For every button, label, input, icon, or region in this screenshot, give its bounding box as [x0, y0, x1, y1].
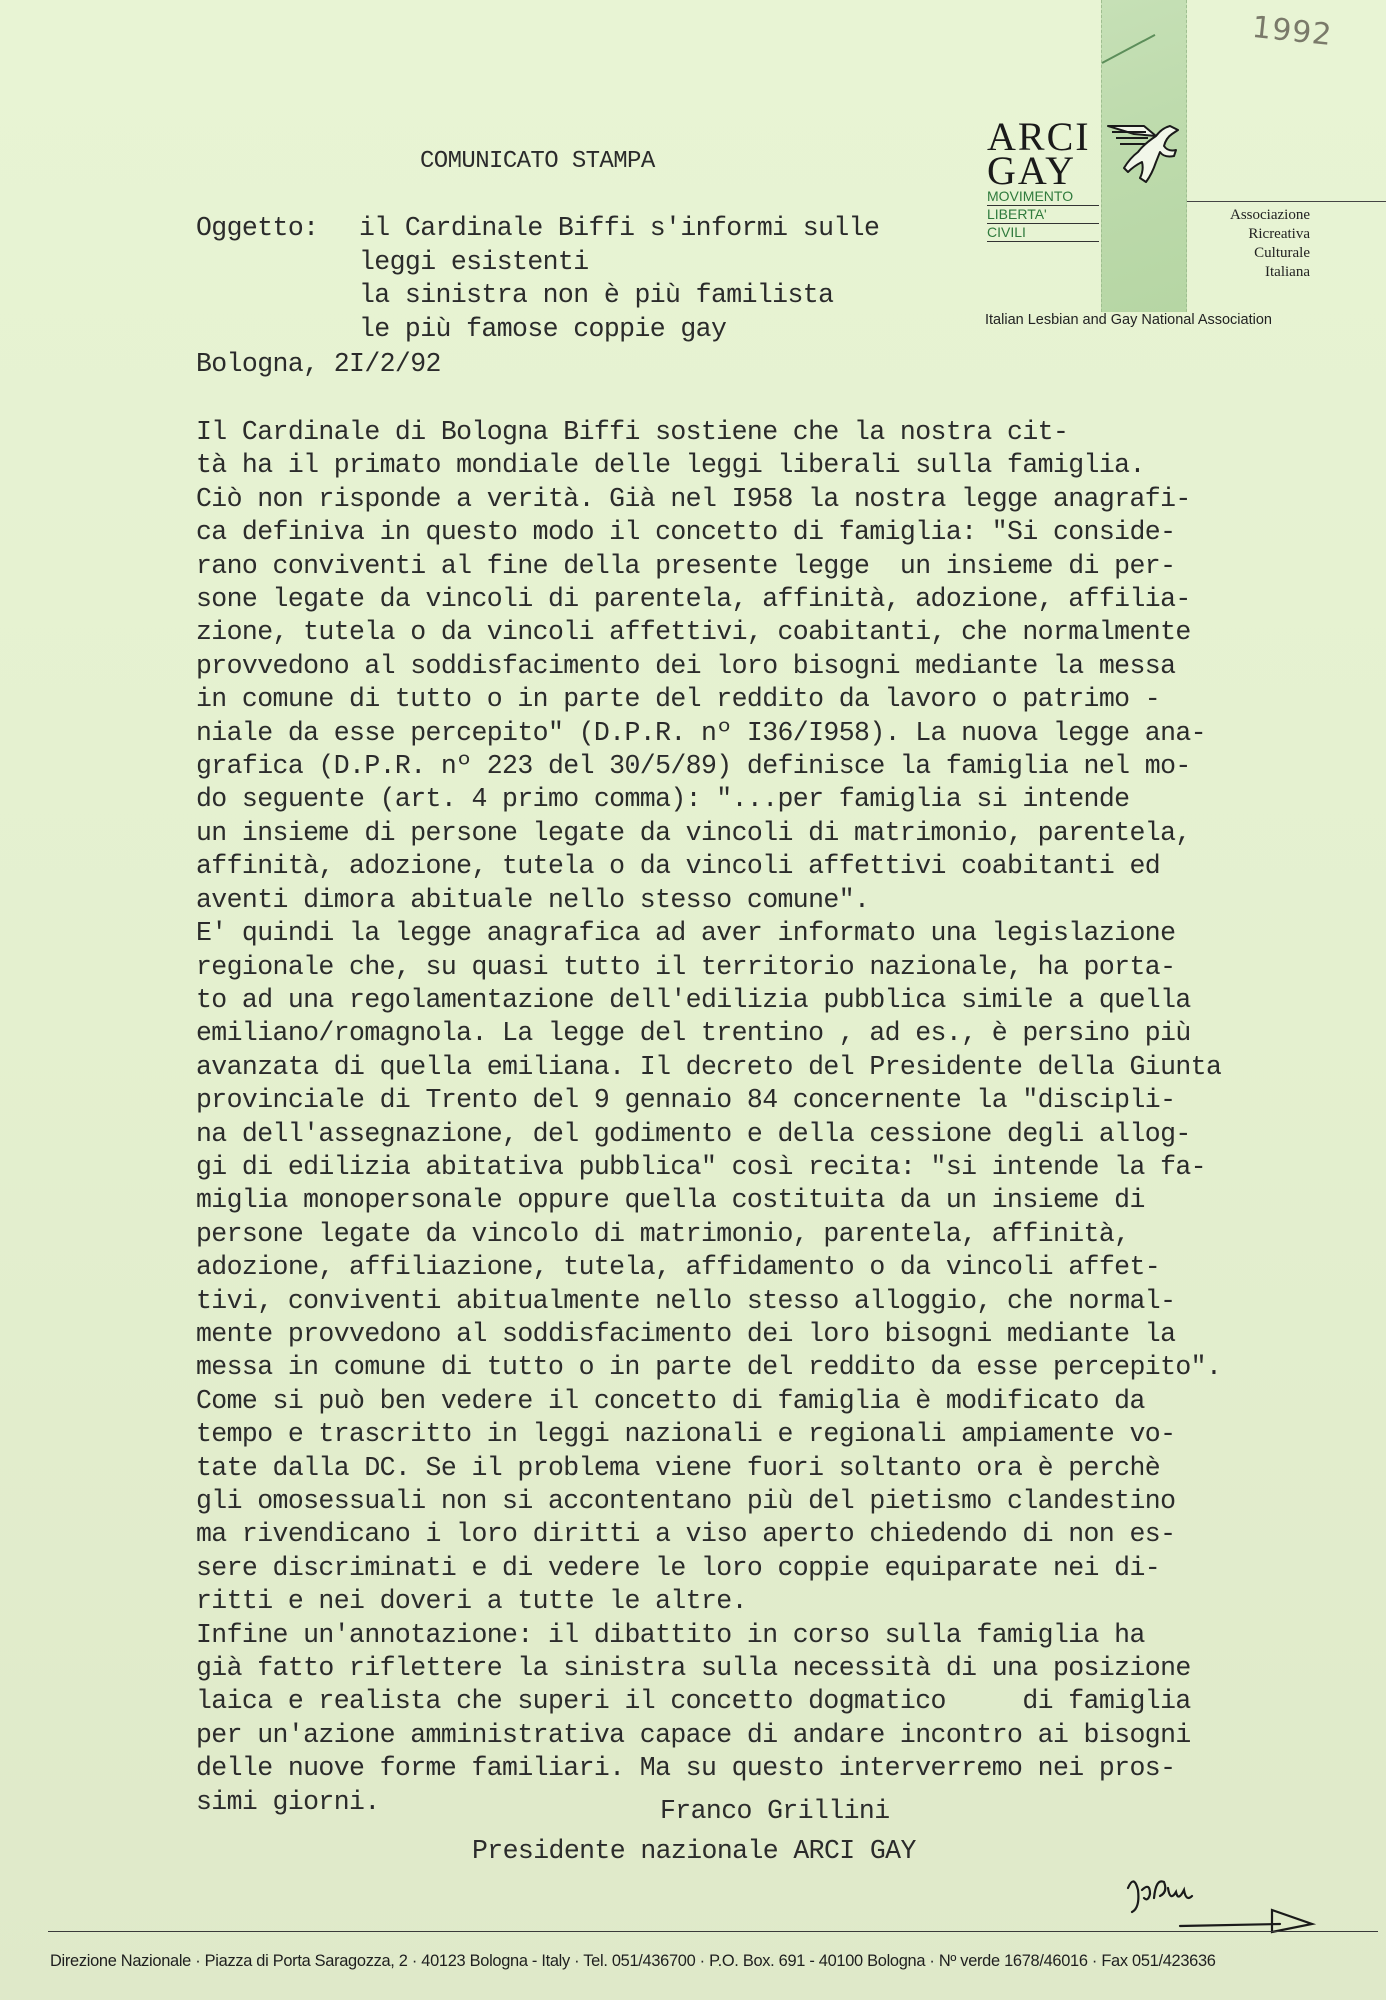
logo-sub-civili: CIVILI — [987, 224, 1099, 242]
body-line: gi di edilizia abitativa pubblica" così … — [196, 1151, 1376, 1184]
body-line: un insieme di persone legate da vincoli … — [196, 817, 1376, 850]
body-line: provinciale di Trento del 9 gennaio 84 c… — [196, 1084, 1376, 1117]
subject-line: leggi esistenti — [196, 246, 879, 280]
assoc-line: Culturale — [1200, 244, 1310, 263]
logo-sub-liberta: LIBERTA' — [987, 206, 1099, 224]
body-line: mente provvedono al soddisfacimento dei … — [196, 1318, 1376, 1351]
body-line: rano conviventi al fine della presente l… — [196, 550, 1376, 583]
body-line: Come si può ben vedere il concetto di fa… — [196, 1385, 1376, 1418]
body-line: ritti e nei doveri a tutte le altre. — [196, 1585, 1376, 1618]
body-line: aventi dimora abituale nello stesso comu… — [196, 884, 1376, 917]
body-line: Il Cardinale di Bologna Biffi sostiene c… — [196, 416, 1376, 449]
subject-label: Oggetto: — [196, 212, 359, 246]
assoc-line: Italiana — [1200, 263, 1310, 282]
body-line: persone legate da vincolo di matrimonio,… — [196, 1218, 1376, 1251]
body-line: grafica (D.P.R. nº 223 del 30/5/89) defi… — [196, 750, 1376, 783]
body-line: regionale che, su quasi tutto il territo… — [196, 951, 1376, 984]
body-line: ca definiva in questo modo il concetto d… — [196, 516, 1376, 549]
header-rule — [1187, 201, 1386, 202]
body-line: in comune di tutto o in parte del reddit… — [196, 683, 1376, 716]
document-date: Bologna, 2I/2/92 — [196, 349, 441, 379]
body-line: miglia monopersonale oppure quella costi… — [196, 1184, 1376, 1217]
body-line: to ad una regolamentazione dell'edilizia… — [196, 984, 1376, 1017]
signature-role: Presidente nazionale ARCI GAY — [472, 1836, 916, 1866]
arci-gay-logo: ARCI GAY MOVIMENTO LIBERTA' CIVILI — [987, 120, 1097, 242]
body-line: Ciò non risponde a verità. Già nel I958 … — [196, 483, 1376, 516]
handwritten-year: 1992 — [1250, 10, 1334, 53]
body-line: tate dalla DC. Se il problema viene fuor… — [196, 1452, 1376, 1485]
subject-line: la sinistra non è più familista — [196, 279, 879, 313]
tagline: Italian Lesbian and Gay National Associa… — [985, 312, 1272, 328]
body-line: provvedono al soddisfacimento dei loro b… — [196, 650, 1376, 683]
body-line: delle nuove forme familiari. Ma su quest… — [196, 1752, 1376, 1785]
body-line: affinità, adozione, tutela o da vincoli … — [196, 850, 1376, 883]
signature-name: Franco Grillini — [660, 1796, 890, 1826]
body-line: laica e realista che superi il concetto … — [196, 1685, 1376, 1718]
body-line: messa in comune di tutto o in parte del … — [196, 1351, 1376, 1384]
logo-gay: GAY — [987, 154, 1097, 188]
document-body: Il Cardinale di Bologna Biffi sostiene c… — [196, 416, 1376, 1819]
assoc-line: Ricreativa — [1200, 225, 1310, 244]
subject-block: Oggetto:il Cardinale Biffi s'informi sul… — [196, 212, 879, 346]
body-line: tivi, conviventi abitualmente nello stes… — [196, 1285, 1376, 1318]
footer-address: Direzione Nazionale · Piazza di Porta Sa… — [50, 1952, 1216, 1971]
decorative-stroke — [1102, 34, 1156, 64]
body-line: avanzata di quella emiliana. Il decreto … — [196, 1051, 1376, 1084]
subject-line: il Cardinale Biffi s'informi sulle — [359, 213, 879, 243]
association-name: Associazione Ricreativa Culturale Italia… — [1200, 206, 1310, 282]
body-line: do seguente (art. 4 primo comma): "...pe… — [196, 783, 1376, 816]
body-line: ma rivendicano i loro diritti a viso ape… — [196, 1518, 1376, 1551]
assoc-line: Associazione — [1200, 206, 1310, 225]
subject-line: le più famose coppie gay — [196, 313, 879, 347]
body-line: sone legate da vincoli di parentela, aff… — [196, 583, 1376, 616]
body-line: niale da esse percepito" (D.P.R. nº I36/… — [196, 717, 1376, 750]
body-line: na dell'assegnazione, del godimento e de… — [196, 1118, 1376, 1151]
body-line: tà ha il primato mondiale delle leggi li… — [196, 449, 1376, 482]
body-line: zione, tutela o da vincoli affettivi, co… — [196, 616, 1376, 649]
body-line: tempo e trascritto in leggi nazionali e … — [196, 1418, 1376, 1451]
footer-rule — [48, 1931, 1378, 1932]
body-line: Infine un'annotazione: il dibattito in c… — [196, 1619, 1376, 1652]
body-line: emiliano/romagnola. La legge del trentin… — [196, 1017, 1376, 1050]
body-line: adozione, affiliazione, tutela, affidame… — [196, 1251, 1376, 1284]
body-line: E' quindi la legge anagrafica ad aver in… — [196, 917, 1376, 950]
document-title: COMUNICATO STAMPA — [420, 148, 655, 175]
body-line: gli omosessuali non si accontentano più … — [196, 1485, 1376, 1518]
body-line: per un'azione amministrativa capace di a… — [196, 1719, 1376, 1752]
body-line: sere discriminati e di vedere le loro co… — [196, 1552, 1376, 1585]
handwritten-initials-arrow-icon — [1120, 1868, 1330, 1938]
logo-sub-movimento: MOVIMENTO — [987, 188, 1099, 206]
body-line: già fatto riflettere la sinistra sulla n… — [196, 1652, 1376, 1685]
pegasus-icon — [1104, 122, 1184, 192]
